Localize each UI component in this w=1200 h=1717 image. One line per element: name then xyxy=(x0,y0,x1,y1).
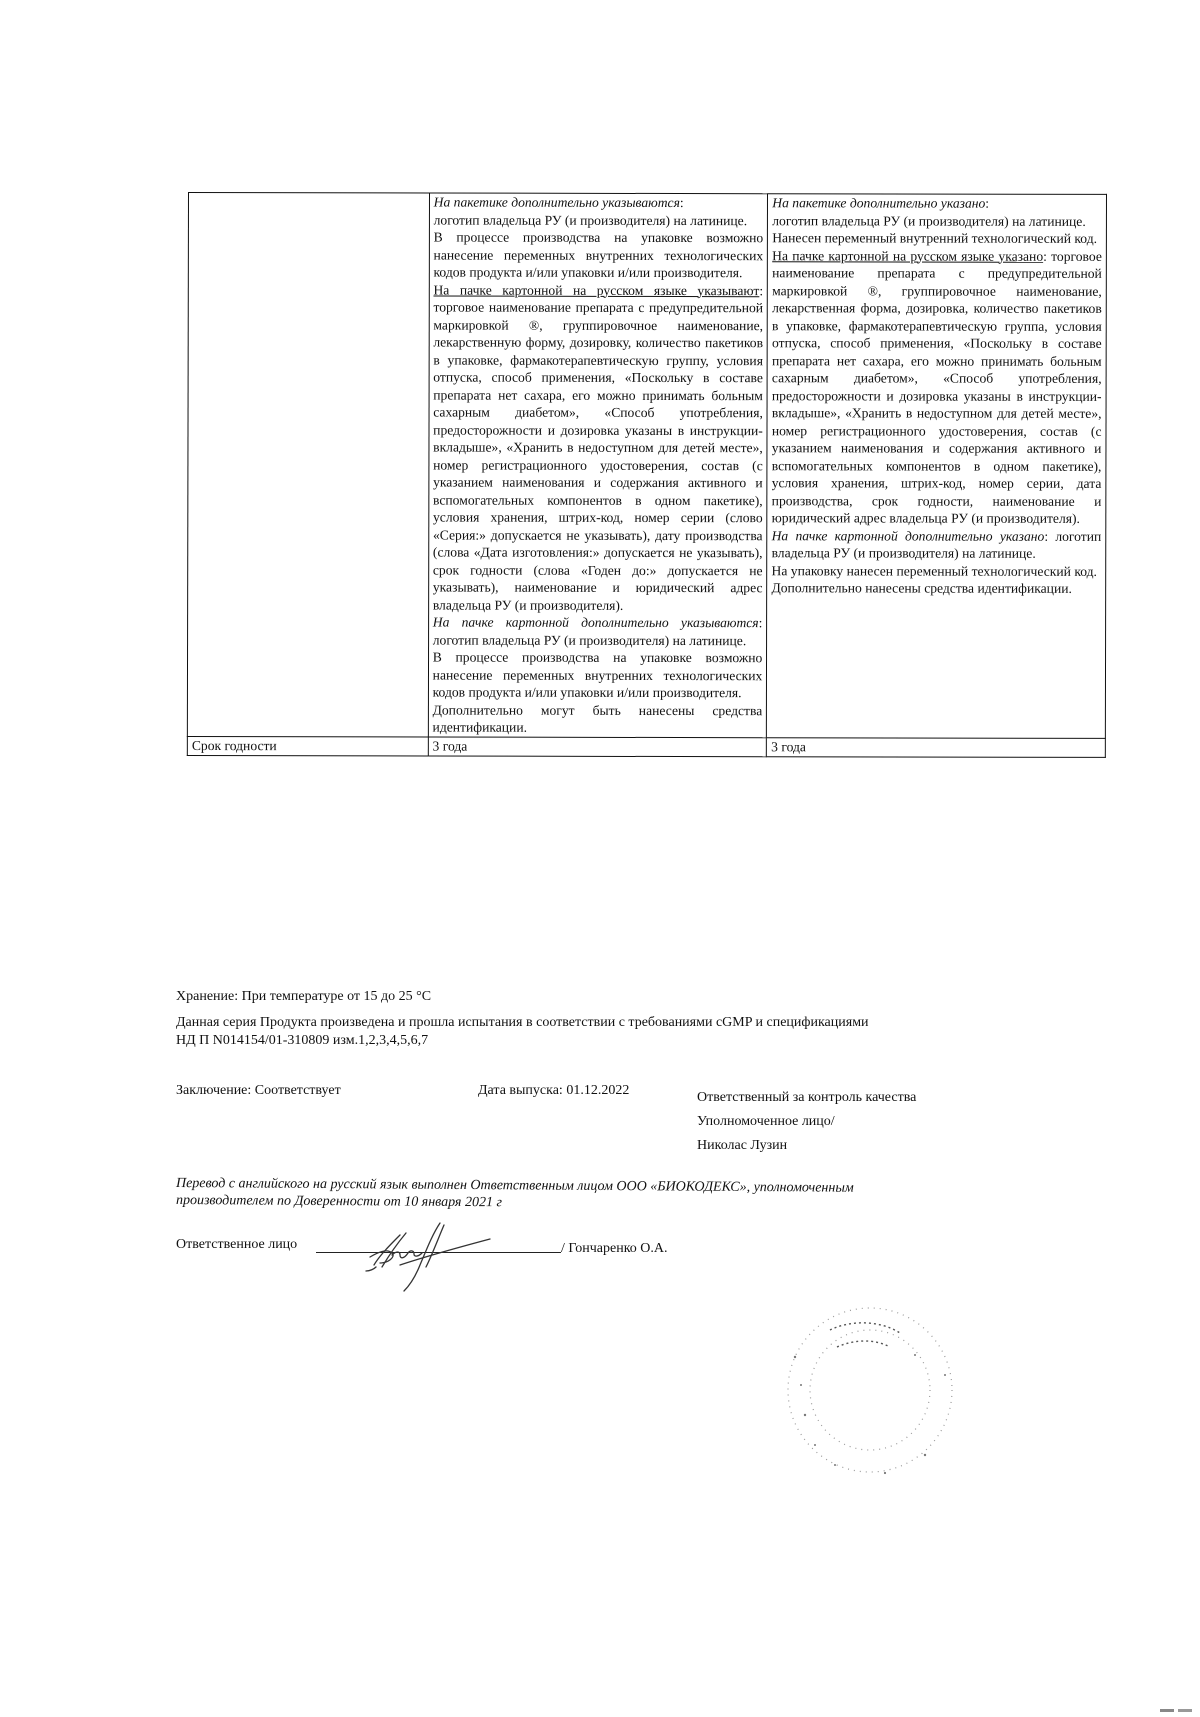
specification-table: На пакетике дополнительно указываются: л… xyxy=(187,192,1107,757)
sachet-heading: На пакетике дополнительно указываются xyxy=(434,195,680,211)
sachet-logo-text: логотип владельца РУ (и производителя) н… xyxy=(772,212,1102,230)
storage-conditions: Хранение: При температуре от 15 до 25 °С xyxy=(176,988,431,1005)
qc-role: Уполномоченное лицо/ xyxy=(697,1113,835,1130)
responsible-person-label: Ответственное лицо xyxy=(176,1236,297,1253)
shelf-life-label: Срок годности xyxy=(187,736,428,756)
release-date: Дата выпуска: 01.12.2022 xyxy=(478,1082,629,1099)
table-cell-specification: На пакетике дополнительно указываются: л… xyxy=(428,193,768,737)
sachet-logo-text: логотип владельца РУ (и производителя) н… xyxy=(434,211,764,229)
carton-code-text: На упаковку нанесен переменный технологи… xyxy=(772,562,1102,580)
carton-text: : торговое наименование препарата с пред… xyxy=(772,248,1102,526)
shelf-life-result: 3 года xyxy=(767,737,1106,757)
table-cell-result: На пакетике дополнительно указано: логот… xyxy=(767,194,1107,738)
identification-text: Дополнительно нанесены средства идентифи… xyxy=(771,579,1101,597)
normative-document-ref: НД П N014154/01-310809 изм.1,2,3,4,5,6,7 xyxy=(176,1032,428,1049)
document-page: На пакетике дополнительно указываются: л… xyxy=(0,0,1200,1717)
identification-text: Дополнительно могут быть нанесены средст… xyxy=(433,701,763,737)
compliance-statement: Данная серия Продукта произведена и прош… xyxy=(176,1014,869,1031)
stamp-icon xyxy=(775,1295,965,1485)
scan-artifact xyxy=(1160,1708,1194,1713)
carton-codes-text: В процессе производства на упаковке возм… xyxy=(433,649,763,702)
signature-icon xyxy=(340,1205,520,1295)
carton-heading: На пачке картонной на русском языке указ… xyxy=(433,282,759,298)
sachet-codes-text: В процессе производства на упаковке возм… xyxy=(434,229,764,282)
carton-text: : торговое наименование препарата с пред… xyxy=(433,283,763,613)
conclusion: Заключение: Соответствует xyxy=(176,1082,341,1099)
qc-title: Ответственный за контроль качества xyxy=(697,1089,916,1106)
sachet-heading: На пакетике дополнительно указано xyxy=(772,195,985,210)
carton-heading: На пачке картонной на русском языке указ… xyxy=(772,248,1043,264)
qc-name: Николас Лузин xyxy=(697,1137,787,1154)
table-row: На пакетике дополнительно указываются: л… xyxy=(187,193,1106,738)
carton-extra-heading: На пачке картонной дополнительно указано xyxy=(772,528,1045,544)
table-cell-label-empty xyxy=(187,193,429,737)
sachet-code-text: Нанесен переменный внутренний технологич… xyxy=(772,229,1102,247)
table-row: Срок годности 3 года 3 года xyxy=(187,736,1105,757)
shelf-life-spec: 3 года xyxy=(428,737,767,757)
carton-extra-heading: На пачке картонной дополнительно указыва… xyxy=(433,615,759,631)
responsible-person-name: / Гончаренко О.А. xyxy=(561,1240,668,1257)
